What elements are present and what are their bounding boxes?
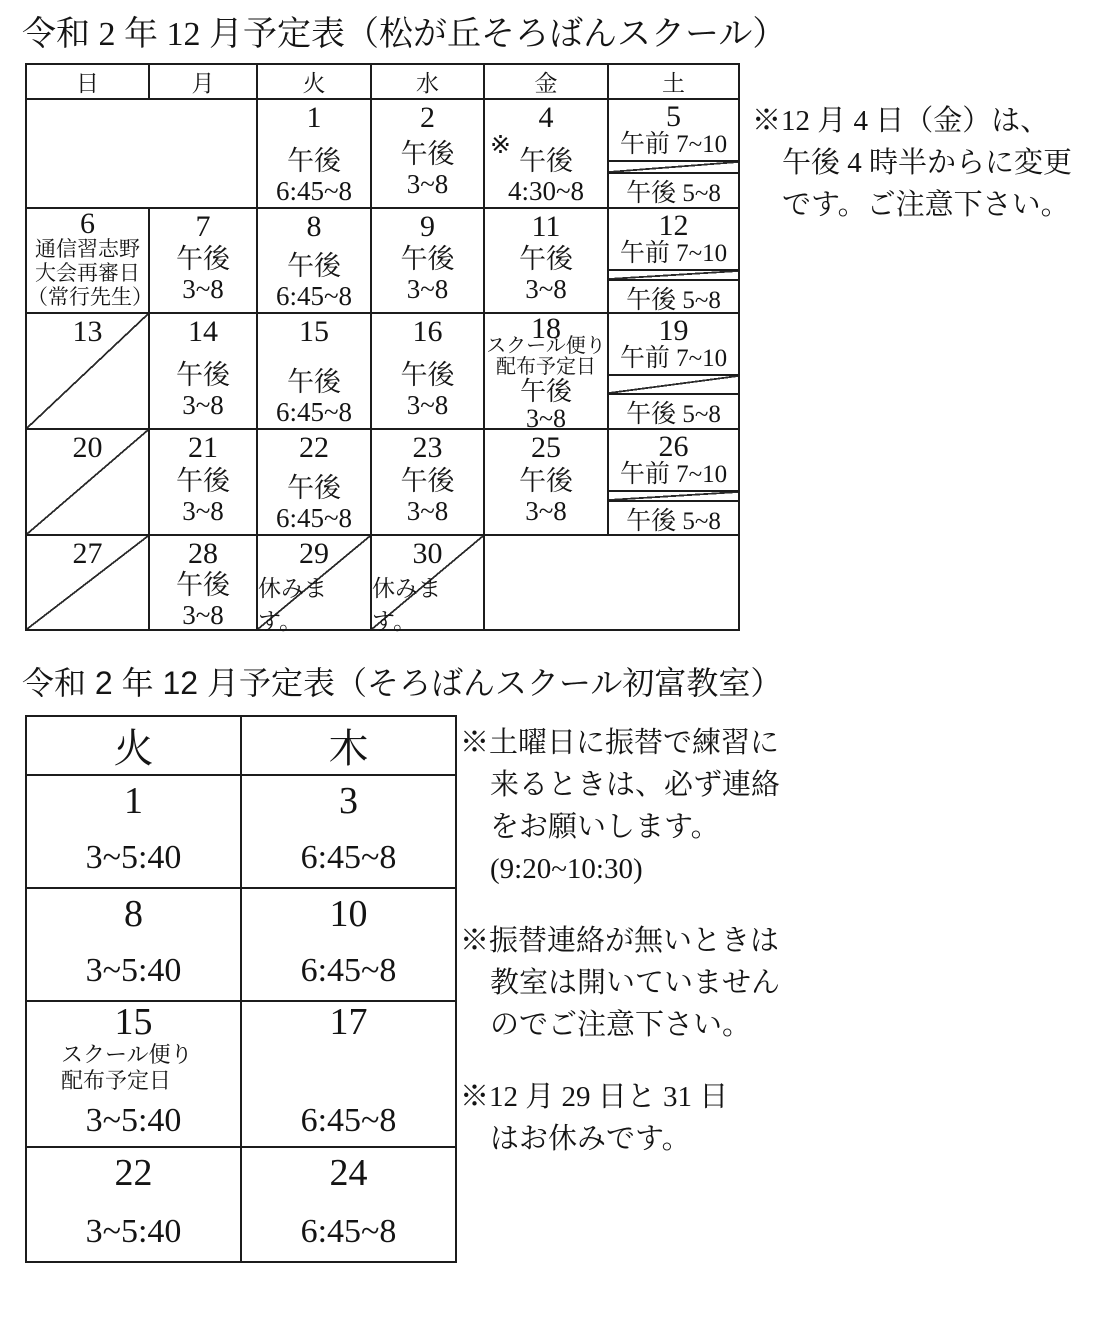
time-label: 午後 6:45~8 [276, 146, 352, 206]
date-label: 15 [115, 1002, 153, 1042]
time-label: 午後 3~8 [176, 466, 230, 526]
time-label: 午後 3~8 [401, 139, 455, 199]
am-time-label: 午前 7~10 [620, 241, 727, 267]
note-line: 来るときは、必ず連絡 [460, 764, 780, 806]
note-line: ※土曜日に振替で練習に [460, 722, 780, 764]
date-label: 7 [196, 210, 211, 243]
time-label: 午後 3~8 [401, 466, 455, 526]
date-label: 24 [330, 1150, 368, 1196]
matsugaoka-calendar-table: 日 月 火 水 金 土 1 午後 6:45~8 2 午後 3~8 [25, 63, 740, 631]
date-label: 21 [188, 431, 218, 464]
time-label: 午後 3~8 [519, 244, 573, 304]
cell-dec15: 15 午後 6:45~8 [257, 313, 371, 429]
note-line: (9:20~10:30) [460, 848, 780, 890]
time-label: 3~5:40 [86, 1102, 182, 1140]
cell-dec11: 11 午後 3~8 [484, 208, 608, 313]
time-label: 午後 4:30~8 [508, 146, 584, 206]
event-label: 通信習志野 大会再審日 （常行先生） [27, 237, 148, 309]
cell-dec6: 6 通信習志野 大会再審日 （常行先生） [26, 208, 149, 313]
diagonal-slash: 29 休みます。 [258, 536, 370, 629]
calendar-week5: 27 28 午後 3~8 29 休みます。 30 休みます。 [26, 535, 739, 630]
table2-row3: 15 スクール便り 配布予定日 3~5:40 17 6:45~8 [26, 1001, 456, 1147]
cell-dec12: 12 午前 7~10 午後 5~8 [608, 208, 739, 313]
cell-dec7: 7 午後 3~8 [149, 208, 257, 313]
cell-dec16: 16 午後 3~8 [371, 313, 484, 429]
closed-label: 休みます。 [372, 570, 483, 636]
date-label: 13 [73, 315, 103, 348]
date-label: 12 [659, 210, 689, 241]
diagonal-slash [609, 376, 738, 395]
pm-time-label: 午後 5~8 [609, 502, 738, 535]
date-label: 8 [307, 210, 322, 243]
dec4-change-note: ※12 月 4 日（金）は、 午後 4 時半からに変更 です。ご注意下さい。 [752, 100, 1072, 226]
note-line: はお休みです。 [460, 1118, 780, 1160]
date-label: 5 [666, 101, 681, 132]
day-header-sat: 土 [608, 64, 739, 99]
newsletter-label: スクール便り 配布予定日 [486, 336, 606, 378]
holiday-note: ※12 月 29 日と 31 日 はお休みです。 [460, 1076, 780, 1160]
date-label: 9 [420, 210, 435, 243]
date-label: 4 [539, 101, 554, 134]
cell-dec5: 5 午前 7~10 午後 5~8 [608, 99, 739, 208]
cell-dec9: 9 午後 3~8 [371, 208, 484, 313]
note-line: です。ご注意下さい。 [752, 184, 1072, 226]
date-label: 15 [299, 315, 329, 348]
time-label: 6:45~8 [301, 952, 397, 990]
cell-thu-10: 10 6:45~8 [241, 888, 456, 1001]
time-label: 午後 3~8 [401, 360, 455, 420]
cell-dec19: 19 午前 7~10 午後 5~8 [608, 313, 739, 429]
saturday-morning-slot: 19 午前 7~10 [609, 314, 738, 376]
pm-time-label: 午後 5~8 [609, 174, 738, 207]
calendar-week3: 13 14 午後 3~8 15 午後 6:45~8 16 午後 3~8 [26, 313, 739, 429]
table2-row4: 22 3~5:40 24 6:45~8 [26, 1147, 456, 1262]
cell-dec8: 8 午後 6:45~8 [257, 208, 371, 313]
time-label: 午後 3~8 [176, 244, 230, 304]
pm-time-label: 午後 5~8 [609, 281, 738, 314]
newsletter-label: スクール便り 配布予定日 [61, 1042, 193, 1094]
note-line: のでご注意下さい。 [460, 1004, 780, 1046]
date-label: 14 [188, 315, 218, 348]
date-label: 19 [659, 315, 689, 346]
time-label: 6:45~8 [301, 1102, 397, 1140]
cell-dec20: 20 [26, 429, 149, 535]
reference-mark: ※ [490, 130, 511, 160]
saturday-morning-slot: 12 午前 7~10 [609, 209, 738, 271]
date-label: 29 [299, 537, 329, 570]
diagonal-slash: 30 休みます。 [372, 536, 483, 629]
time-label: 3~5:40 [86, 1213, 182, 1251]
date-label: 8 [124, 891, 143, 937]
diagonal-slash: 27 [27, 536, 148, 629]
am-time-label: 午前 7~10 [620, 346, 727, 372]
date-label: 3 [339, 778, 358, 824]
cell-dec14: 14 午後 3~8 [149, 313, 257, 429]
note-line: 教室は開いていません [460, 962, 780, 1004]
cell-thu-24: 24 6:45~8 [241, 1147, 456, 1262]
cell-dec27: 27 [26, 535, 149, 630]
cell-dec30: 30 休みます。 [371, 535, 484, 630]
date-label: 28 [188, 537, 218, 570]
date-label: 11 [532, 210, 561, 243]
day-header-tue: 火 [257, 64, 371, 99]
closed-label: 休みます。 [258, 570, 370, 636]
cell-dec25: 25 午後 3~8 [484, 429, 608, 535]
time-label: 午後 3~8 [176, 570, 230, 630]
date-label: 17 [330, 1002, 368, 1042]
cell-dec29: 29 休みます。 [257, 535, 371, 630]
note-line: をお願いします。 [460, 806, 780, 848]
calendar-week2: 6 通信習志野 大会再審日 （常行先生） 7 午後 3~8 8 午後 6:45~… [26, 208, 739, 313]
date-label: 6 [80, 209, 95, 238]
note-line: ※振替連絡が無いときは [460, 920, 780, 962]
cell-dec26: 26 午前 7~10 午後 5~8 [608, 429, 739, 535]
date-label: 27 [73, 537, 103, 570]
note-line: ※12 月 29 日と 31 日 [460, 1076, 780, 1118]
diagonal-slash: 13 [27, 314, 148, 428]
hatsutomi-schedule-table: 火 木 1 3~5:40 3 6:45~8 8 3~5:40 10 6:45~8 [25, 715, 457, 1263]
date-label: 23 [413, 431, 443, 464]
am-time-label: 午前 7~10 [620, 462, 727, 488]
date-label: 20 [73, 431, 103, 464]
date-label: 1 [307, 101, 322, 134]
time-label: 午後 6:45~8 [276, 251, 352, 311]
cell-dec21: 21 午後 3~8 [149, 429, 257, 535]
day-header-thu: 木 [241, 716, 456, 775]
cell-dec13: 13 [26, 313, 149, 429]
day-header-fri: 金 [484, 64, 608, 99]
day-header-wed: 水 [371, 64, 484, 99]
date-label: 16 [413, 315, 443, 348]
hatsutomi-notes: ※土曜日に振替で練習に 来るときは、必ず連絡 をお願いします。 (9:20~10… [460, 722, 780, 1160]
table2-header-row: 火 木 [26, 716, 456, 775]
cell-empty-sun-mon [26, 99, 257, 208]
cell-dec18: 18 スクール便り 配布予定日 午後 3~8 [484, 313, 608, 429]
schedule-document: 令和 2 年 12 月予定表（松が丘そろばんスクール） 日 月 火 水 金 土 … [0, 0, 1107, 1338]
matsugaoka-title: 令和 2 年 12 月予定表（松が丘そろばんスクール） [22, 16, 786, 54]
time-label: 6:45~8 [301, 839, 397, 877]
time-label: 午後 3~8 [176, 360, 230, 420]
time-label: 3~5:40 [86, 839, 182, 877]
saturday-morning-slot: 5 午前 7~10 [609, 100, 738, 162]
time-label: 3~5:40 [86, 952, 182, 990]
day-header-mon: 月 [149, 64, 257, 99]
cell-dec28: 28 午後 3~8 [149, 535, 257, 630]
diagonal-slash: 20 [27, 430, 148, 534]
hatsutomi-title: 令和 2 年 12 月予定表（そろばんスクール初富教室） [22, 664, 782, 702]
date-label: 30 [413, 537, 443, 570]
time-label: 6:45~8 [301, 1213, 397, 1251]
calendar-week4: 20 21 午後 3~8 22 午後 6:45~8 23 午後 3~8 [26, 429, 739, 535]
note-line: 午後 4 時半からに変更 [752, 142, 1072, 184]
calendar-header-row: 日 月 火 水 金 土 [26, 64, 739, 99]
saturday-morning-slot: 26 午前 7~10 [609, 430, 738, 492]
pm-time-label: 午後 5~8 [609, 395, 738, 428]
cell-tue-15: 15 スクール便り 配布予定日 3~5:40 [26, 1001, 241, 1147]
no-contact-note: ※振替連絡が無いときは 教室は開いていません のでご注意下さい。 [460, 920, 780, 1046]
calendar-week1: 1 午後 6:45~8 2 午後 3~8 ※ 4 午後 4:30~8 [26, 99, 739, 208]
date-label: 2 [420, 101, 435, 134]
table2-row1: 1 3~5:40 3 6:45~8 [26, 775, 456, 888]
cell-tue-22: 22 3~5:40 [26, 1147, 241, 1262]
table2-row2: 8 3~5:40 10 6:45~8 [26, 888, 456, 1001]
date-label: 25 [531, 431, 561, 464]
cell-dec23: 23 午後 3~8 [371, 429, 484, 535]
date-label: 26 [659, 431, 689, 462]
day-header-sun: 日 [26, 64, 149, 99]
date-label: 22 [115, 1150, 153, 1196]
cell-tue-1: 1 3~5:40 [26, 775, 241, 888]
am-time-label: 午前 7~10 [620, 132, 727, 158]
cell-thu-17: 17 6:45~8 [241, 1001, 456, 1147]
time-label: 午後 6:45~8 [276, 473, 352, 533]
note-line: ※12 月 4 日（金）は、 [752, 100, 1072, 142]
time-label: 午後 3~8 [519, 466, 573, 526]
day-header-tue: 火 [26, 716, 241, 775]
date-label: 1 [124, 778, 143, 824]
cell-dec2: 2 午後 3~8 [371, 99, 484, 208]
cell-dec22: 22 午後 6:45~8 [257, 429, 371, 535]
time-label: 午後 3~8 [520, 378, 572, 432]
time-label: 午後 3~8 [401, 244, 455, 304]
cell-dec4: ※ 4 午後 4:30~8 [484, 99, 608, 208]
saturday-transfer-note: ※土曜日に振替で練習に 来るときは、必ず連絡 をお願いします。 (9:20~10… [460, 722, 780, 890]
time-label: 午後 6:45~8 [276, 367, 352, 427]
cell-dec1: 1 午後 6:45~8 [257, 99, 371, 208]
date-label: 10 [330, 891, 368, 937]
cell-empty-fri-sat [484, 535, 739, 630]
date-label: 22 [299, 431, 329, 464]
cell-thu-3: 3 6:45~8 [241, 775, 456, 888]
cell-tue-8: 8 3~5:40 [26, 888, 241, 1001]
